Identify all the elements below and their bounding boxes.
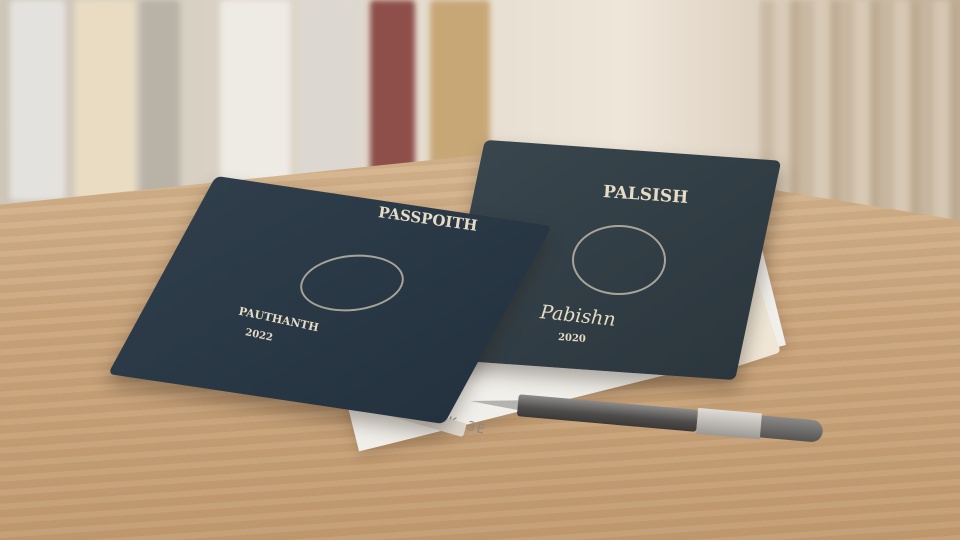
- binder: [140, 0, 180, 200]
- binder: [75, 0, 135, 200]
- pen-cap: [760, 415, 824, 442]
- pen-band: [696, 408, 762, 439]
- binder: [220, 0, 290, 200]
- crest-icon: [572, 225, 666, 295]
- photo-scene: JUST TANK 3E PALSISH Pabishn 2020 PASSPO…: [0, 0, 960, 540]
- pen-tip: [470, 396, 521, 410]
- binder: [10, 0, 65, 200]
- passport-right-year: 2020: [558, 332, 587, 345]
